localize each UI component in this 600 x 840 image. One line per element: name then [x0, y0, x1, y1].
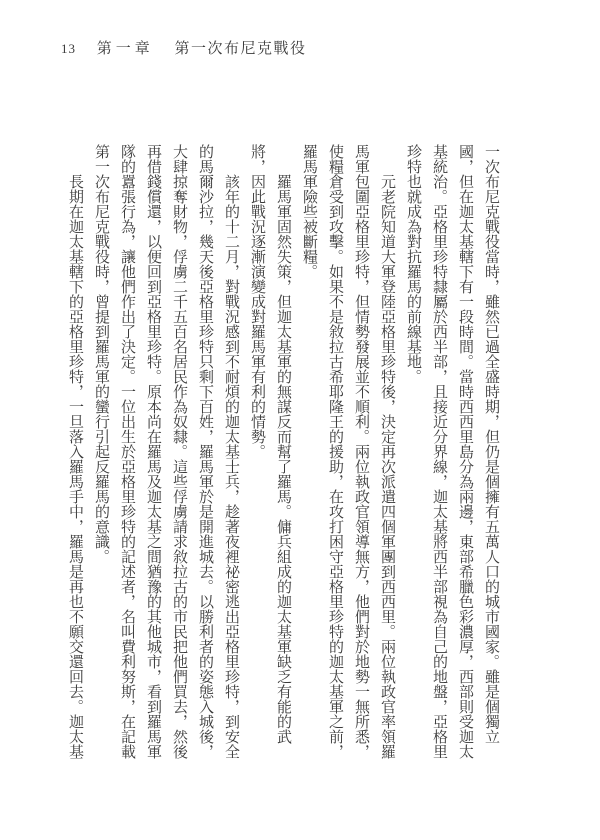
- text-column-9: 羅馬軍固然失策，但迦太基軍的無謀反而幫了羅馬。傭兵組成的迦太基軍缺乏有能的武: [270, 144, 296, 764]
- book-page: 13 第一章 第一次布尼克戰役 一次布尼克戰役當時，雖然已過全盛時期，但仍是個擁…: [0, 0, 600, 840]
- text-column-1: 一次布尼克戰役當時，雖然已過全盛時期，但仍是個擁有五萬人口的城市國家。雖是個獨立: [478, 144, 504, 764]
- text-column-16: 第一次布尼克戰役時，曾提到羅馬軍的蠻行引起反羅馬的意識。: [88, 144, 114, 764]
- text-column-17: 長期在迦太基轄下的亞格里珍特，一旦落入羅馬手中，羅馬是再也不願交還回去。迦太基: [62, 144, 88, 764]
- chapter-label: 第一章: [97, 41, 154, 57]
- text-column-5: 元老院知道大軍登陸亞格里珍特後，決定再次派遣四個軍團到西西里。兩位執政官率領羅: [374, 144, 400, 764]
- text-column-6: 馬軍包圍亞格里珍特，但情勢發展並不順利。兩位執政官領導無方，他們對於地勢一無所悉…: [348, 144, 374, 764]
- text-column-10: 將，因此戰況逐漸演變成對羅馬軍有利的情勢。: [244, 144, 270, 764]
- page-number: 13: [61, 41, 76, 56]
- text-column-15: 隊的囂張行為，讓他們作出了決定。一位出生於亞格里珍特的記述者，名叫費利努斯，在記…: [114, 144, 140, 764]
- text-column-7: 使糧倉受到攻擊。如果不是敘拉古希耶隆王的援助，在攻打困守亞格里珍特的迦太基軍之前…: [322, 144, 348, 764]
- chapter-title: 第一次布尼克戰役: [175, 41, 307, 57]
- text-column-2: 國，但在迦太基轄下有一段時間。當時西西里島分為兩邊，東部希臘色彩濃厚，西部則受迦…: [452, 144, 478, 764]
- text-column-3: 基統治。亞格里珍特隸屬於西半部，且接近分界線，迦太基將西半部視為自己的地盤，亞格…: [426, 144, 452, 764]
- text-column-14: 再借錢償還，以便回到亞格里珍特。原本尚在羅馬及迦太基之間猶豫的其他城市，看到羅馬…: [140, 144, 166, 764]
- text-column-13: 大肆掠奪財物，俘虜二千五百名居民作為奴隸。這些俘虜請求敘拉古的市民把他們買去，然…: [166, 144, 192, 764]
- body-text: 一次布尼克戰役當時，雖然已過全盛時期，但仍是個擁有五萬人口的城市國家。雖是個獨立…: [62, 144, 504, 764]
- text-column-8: 羅馬軍險些被斷糧。: [296, 144, 322, 764]
- text-column-12: 的馬爾沙拉，幾天後亞格里珍特只剩下百姓，羅馬軍於是開進城去。以勝利者的姿態入城後…: [192, 144, 218, 764]
- text-column-4: 珍特也就成為對抗羅馬的前線基地。: [400, 144, 426, 764]
- running-header: 13 第一章 第一次布尼克戰役: [61, 37, 307, 58]
- text-column-11: 該年的十二月，對戰況感到不耐煩的迦太基士兵，趁著夜裡祕密逃出亞格里珍特，到安全: [218, 144, 244, 764]
